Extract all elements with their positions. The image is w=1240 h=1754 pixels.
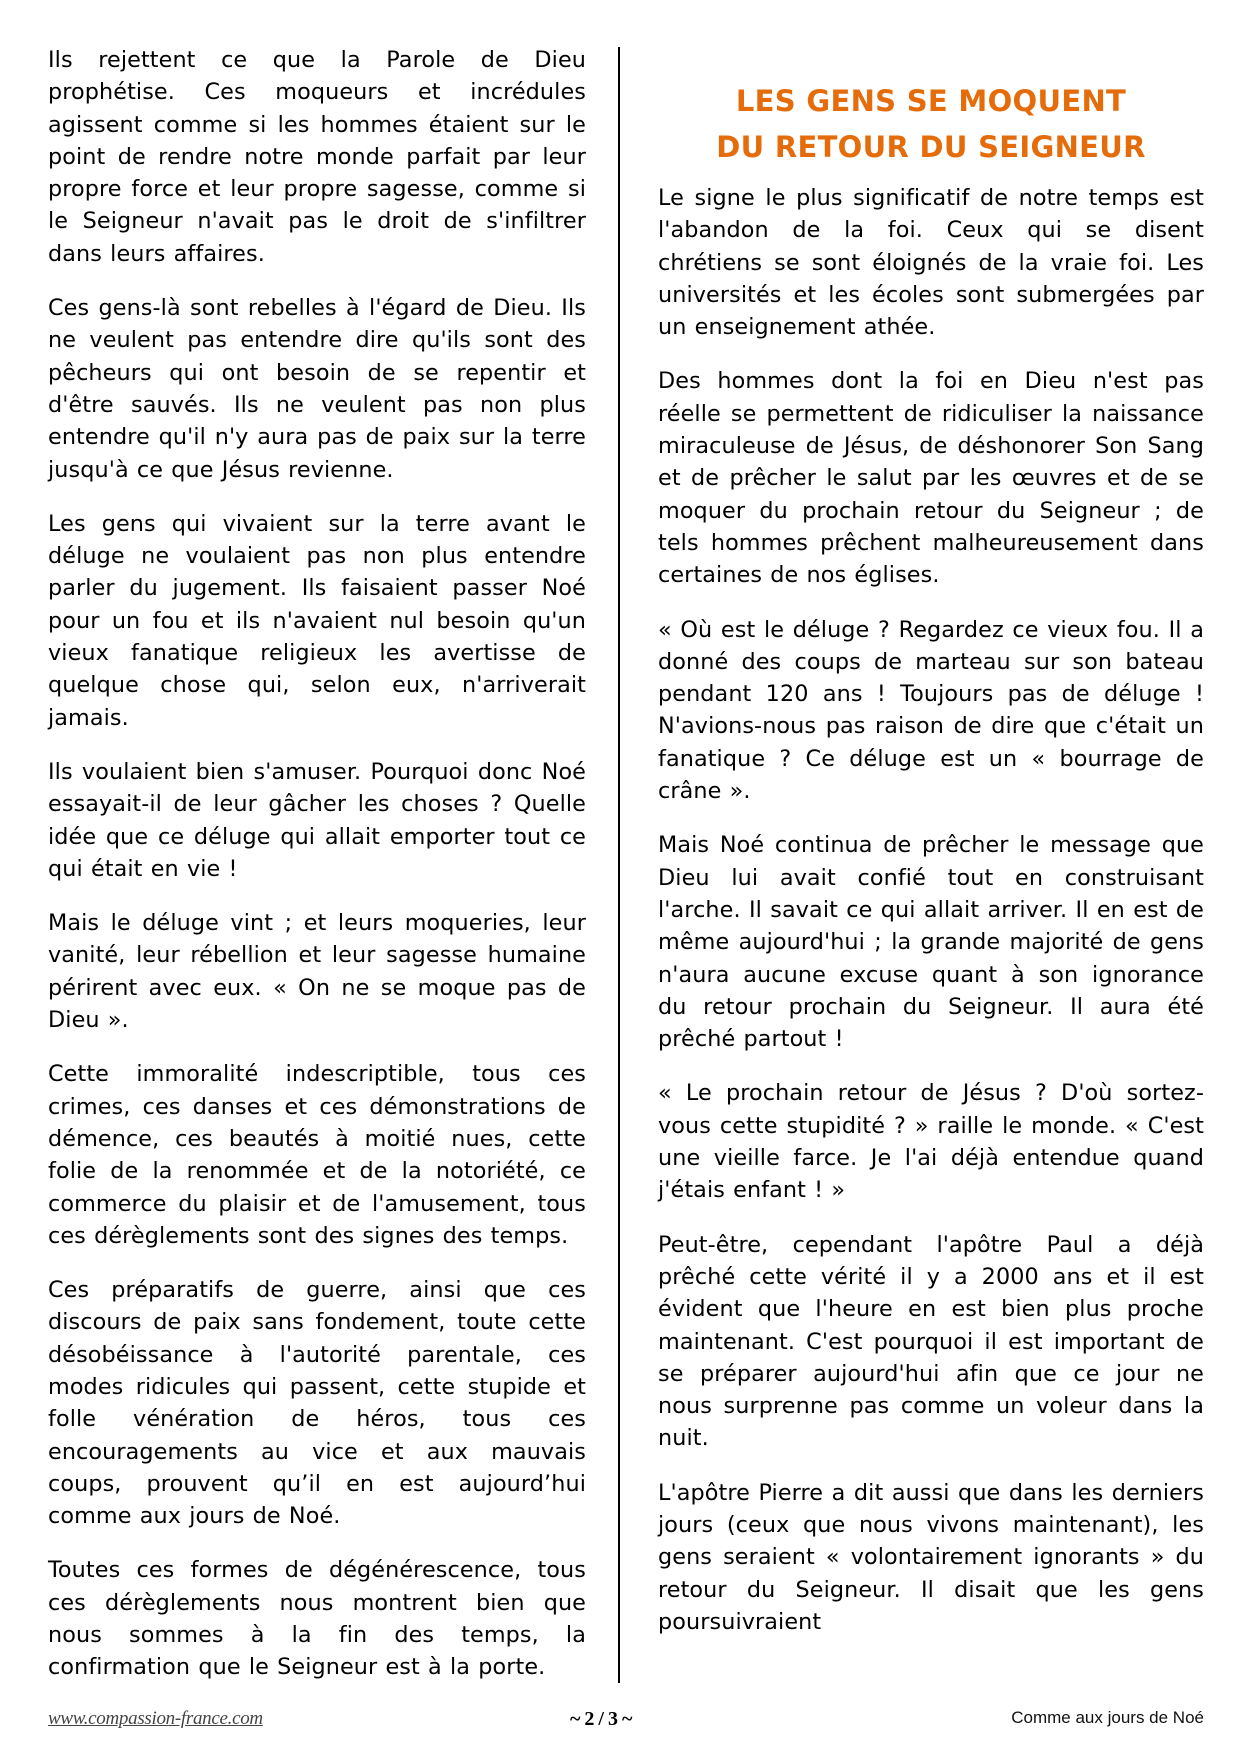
paragraph: Mais Noé continua de prêcher le message … [658, 829, 1204, 1055]
document-page: Ils rejettent ce que la Parole de Dieu p… [0, 0, 1240, 1754]
section-heading-line-1: LES GENS SE MOQUENT [658, 78, 1204, 124]
paragraph: Ils rejettent ce que la Parole de Dieu p… [48, 44, 586, 270]
section-heading-line-2: DU RETOUR DU SEIGNEUR [658, 124, 1204, 170]
paragraph: « Le prochain retour de Jésus ? D'où sor… [658, 1077, 1204, 1206]
paragraph: Cette immoralité indescriptible, tous ce… [48, 1058, 586, 1252]
left-column: Ils rejettent ce que la Parole de Dieu p… [48, 44, 586, 1706]
paragraph: Ces gens-là sont rebelles à l'égard de D… [48, 292, 586, 486]
section-heading: LES GENS SE MOQUENT DU RETOUR DU SEIGNEU… [658, 78, 1204, 170]
paragraph: Les gens qui vivaient sur la terre avant… [48, 508, 586, 734]
paragraph: Ces préparatifs de guerre, ainsi que ces… [48, 1274, 586, 1532]
paragraph: Ils voulaient bien s'amuser. Pourquoi do… [48, 756, 586, 885]
paragraph: Le signe le plus significatif de notre t… [658, 182, 1204, 343]
right-column: LES GENS SE MOQUENT DU RETOUR DU SEIGNEU… [658, 44, 1204, 1660]
paragraph: Peut-être, cependant l'apôtre Paul a déj… [658, 1229, 1204, 1455]
paragraph: Des hommes dont la foi en Dieu n'est pas… [658, 365, 1204, 591]
paragraph: L'apôtre Pierre a dit aussi que dans les… [658, 1477, 1204, 1638]
paragraph: Mais le déluge vint ; et leurs moqueries… [48, 907, 586, 1036]
website-link[interactable]: www.compassion-france.com [48, 1708, 263, 1730]
paragraph: « Où est le déluge ? Regardez ce vieux f… [658, 614, 1204, 808]
column-divider [618, 47, 620, 1683]
page-footer: www.compassion-france.com ~ 2 / 3 ~ Comm… [48, 1708, 1204, 1736]
document-title: Comme aux jours de Noé [1011, 1708, 1204, 1728]
paragraph: Toutes ces formes de dégénérescence, tou… [48, 1554, 586, 1683]
page-number: ~ 2 / 3 ~ [570, 1708, 632, 1731]
